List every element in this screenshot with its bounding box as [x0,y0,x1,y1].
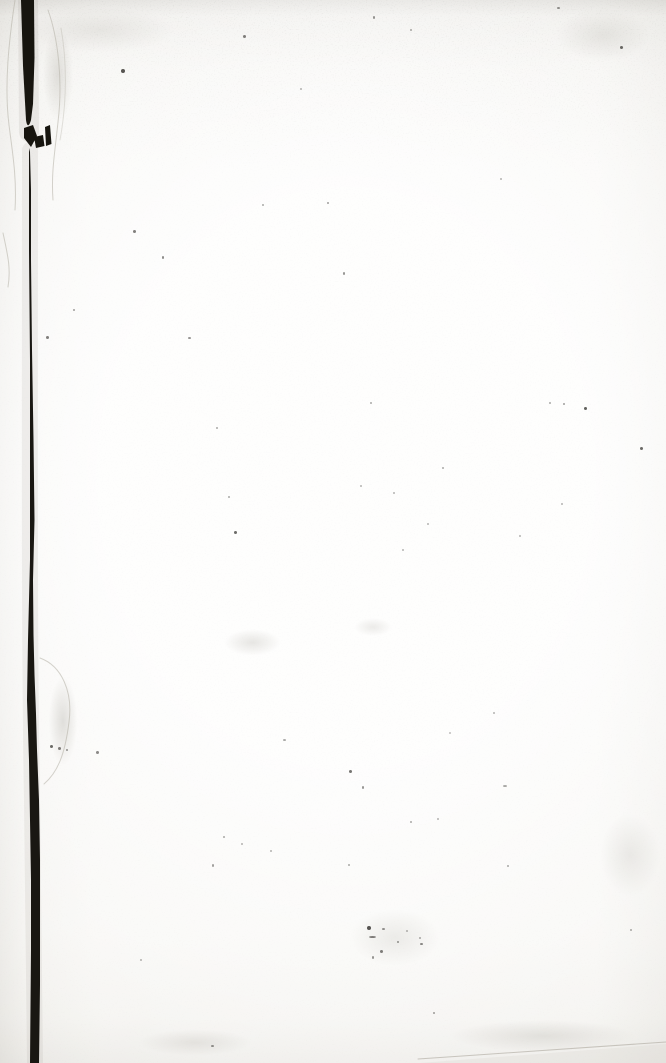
dust-speck [327,202,329,204]
dust-speck [140,959,142,961]
dust-speck [121,69,125,73]
dust-speck [373,16,375,19]
dust-speck [343,272,345,275]
dust-speck [563,403,565,405]
dust-speck [212,864,214,867]
dust-speck [370,402,372,404]
dust-speck [620,46,623,49]
dust-speck [223,836,225,838]
dust-speck [393,492,395,494]
scanned-page [0,0,666,1063]
dust-speck [300,88,302,90]
dust-speck [58,747,61,750]
dust-speck [382,928,385,930]
dust-speck [397,941,399,943]
dust-speck [549,402,551,404]
dust-speck [349,770,352,773]
dust-speck [406,930,408,932]
dust-speck [133,230,136,233]
dust-speck [427,523,429,525]
dust-speck [73,309,75,311]
dust-speck [410,821,412,823]
dust-speck [433,1012,435,1014]
dust-speck [380,950,383,953]
dust-speck [162,256,164,259]
dust-speck [402,549,404,551]
dust-speck [211,1045,214,1047]
dust-speck [50,745,53,748]
dust-speck [367,926,371,930]
dust-speck [442,467,444,469]
dust-speck [283,739,286,741]
dust-speck [449,732,451,734]
dust-speck [362,786,364,789]
dust-speck [420,943,423,945]
dust-speck [228,496,230,498]
dust-speck [507,865,509,867]
dust-speck [519,535,521,537]
dust-speck [419,937,421,939]
dust-speck [262,204,264,206]
dust-speck [369,936,376,938]
dust-speck [241,843,243,845]
dust-speck [557,7,560,9]
dust-speck [372,956,374,959]
dust-layer [0,0,666,1063]
dust-speck [584,407,587,410]
dust-speck [234,531,237,534]
dust-speck [437,818,439,820]
dust-speck [96,751,99,754]
dust-speck [410,29,412,31]
dust-speck [216,427,218,429]
dust-speck [360,485,362,487]
dust-speck [66,749,68,751]
dust-speck [503,785,507,787]
dust-speck [188,337,191,339]
dust-speck [270,850,272,852]
dust-speck [493,712,495,714]
dust-speck [46,336,49,339]
dust-speck [561,503,563,505]
dust-speck [640,447,643,450]
dust-speck [243,35,246,38]
dust-speck [348,864,350,866]
dust-speck [500,178,502,180]
dust-speck [630,929,632,931]
